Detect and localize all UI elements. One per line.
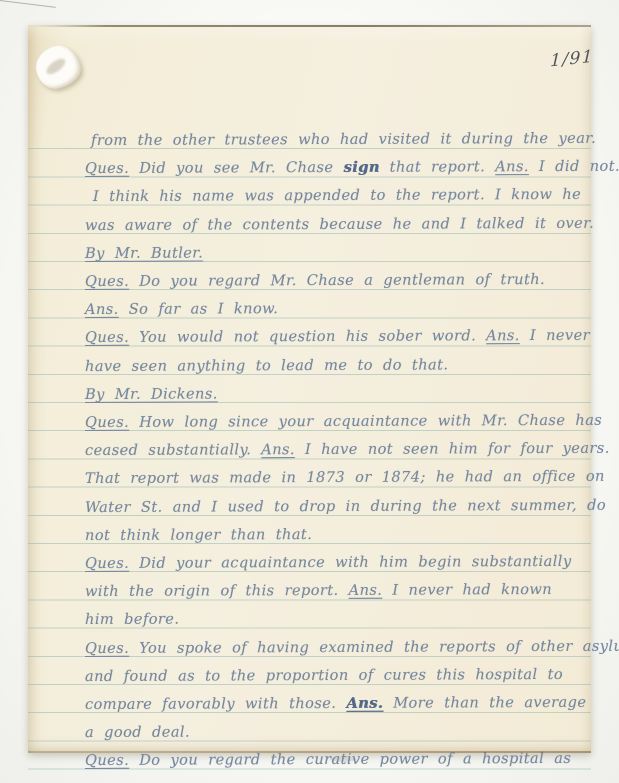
handwritten-text: Do you regard Mr. Chase a gentleman of t… <box>129 271 545 290</box>
handwritten-text: Did your acquaintance with him begin sub… <box>129 553 571 572</box>
handwritten-text: Did you see Mr. Chase <box>129 159 343 177</box>
handwritten-text: You spoke of having examined the reports… <box>129 637 619 656</box>
handwriting-line: Ans. So far as I know. <box>85 295 278 324</box>
handwriting-line: Ques. Do you regard Mr. Chase a gentlema… <box>85 266 545 296</box>
handwritten-text: I think his name was appended to the rep… <box>93 186 581 205</box>
handwritten-text: I never <box>520 327 590 344</box>
handwritten-text: him before. <box>85 611 179 628</box>
scan-artifact-line <box>0 0 56 8</box>
underlined-text: Ques. <box>85 555 129 572</box>
handwritten-text: have seen anything to lead me to do that… <box>85 356 448 375</box>
handwriting-line: Ques. Did your acquaintance with him beg… <box>85 548 572 578</box>
underlined-text: Ans. <box>346 695 383 712</box>
handwritten-text: I have not seen him for four years. <box>295 440 610 458</box>
handwriting-line: have seen anything to lead me to do that… <box>85 351 449 381</box>
handwritten-text: I did not. <box>529 158 619 175</box>
handwritten-text: from the other trustees who had visited … <box>91 130 596 149</box>
underlined-text: Ans. <box>495 158 529 175</box>
manuscript-page: 1/91 from the other trustees who had vis… <box>28 25 591 753</box>
handwritten-text: compare favorably with those. <box>85 695 346 713</box>
underlined-text: Ques. <box>85 414 129 431</box>
underlined-text: Ans. <box>486 327 520 344</box>
handwritten-text: ceased substantially. <box>85 441 261 459</box>
handwriting-line: a good deal. <box>85 719 190 747</box>
handwriting-line: Ques. You would not question his sober w… <box>85 322 590 352</box>
handwritten-text: You would not question his sober word. <box>129 328 486 347</box>
handwritten-text: How long since your acquaintance with Mr… <box>129 412 602 431</box>
underlined-text: By Mr. Butler. <box>85 244 203 262</box>
underlined-text: Ans. <box>261 441 295 458</box>
handwriting-line: Ques. Did you see Mr. Chase sign that re… <box>85 153 619 183</box>
underlined-text: Ans. <box>85 301 119 318</box>
underlined-text: Ques. <box>85 160 129 177</box>
handwriting-line: Water St. and I used to drop in during t… <box>85 491 606 521</box>
handwritten-text: Water St. and I used to drop in during t… <box>85 496 606 515</box>
handwritten-text: a good deal. <box>85 724 190 741</box>
handwriting-line: That report was made in 1873 or 1874; he… <box>85 463 605 493</box>
underlined-text: Ques. <box>85 329 129 346</box>
handwritten-text: So far as I know. <box>119 300 279 318</box>
scan-smudge <box>330 757 356 762</box>
handwriting-line: with the origin of this report. Ans. I n… <box>85 576 552 606</box>
handwritten-text: and found as to the proportion of cures … <box>85 666 563 685</box>
handwriting-line: ceased substantially. Ans. I have not se… <box>85 435 610 465</box>
handwritten-text: sign <box>343 159 379 176</box>
handwriting-line: By Mr. Dickens. <box>85 380 218 409</box>
handwriting-line: from the other trustees who had visited … <box>91 125 596 155</box>
handwriting-line: him before. <box>85 606 179 634</box>
underlined-text: By Mr. Dickens. <box>85 385 218 403</box>
handwriting-line: compare favorably with those. Ans. More … <box>85 689 586 719</box>
handwritten-text: More than the average <box>383 694 586 712</box>
handwriting-line: I think his name was appended to the rep… <box>93 181 581 211</box>
handwritten-text: was aware of the contents because he and… <box>85 214 594 233</box>
handwriting-lines: from the other trustees who had visited … <box>28 25 591 753</box>
handwriting-line: was aware of the contents because he and… <box>85 209 594 239</box>
underlined-text: Ques. <box>85 273 129 290</box>
handwritten-text: not think longer than that. <box>85 526 312 544</box>
handwriting-line: By Mr. Butler. <box>85 239 203 268</box>
handwriting-line: Ques. Do you regard the curative power o… <box>85 745 571 775</box>
handwriting-line: not think longer than that. <box>85 521 312 550</box>
handwriting-line: Ques. How long since your acquaintance w… <box>85 407 602 437</box>
handwritten-text: That report was made in 1873 or 1874; he… <box>85 468 605 487</box>
underlined-text: Ques. <box>85 639 129 656</box>
underlined-text: Ques. <box>85 752 129 769</box>
handwriting-line: Ques. You spoke of having examined the r… <box>85 632 619 662</box>
handwritten-text: I never had known <box>382 581 552 599</box>
handwritten-text: that report. <box>380 158 496 176</box>
handwriting-line: and found as to the proportion of cures … <box>85 661 563 691</box>
underlined-text: Ans. <box>349 582 383 599</box>
handwritten-text: with the origin of this report. <box>85 582 349 600</box>
